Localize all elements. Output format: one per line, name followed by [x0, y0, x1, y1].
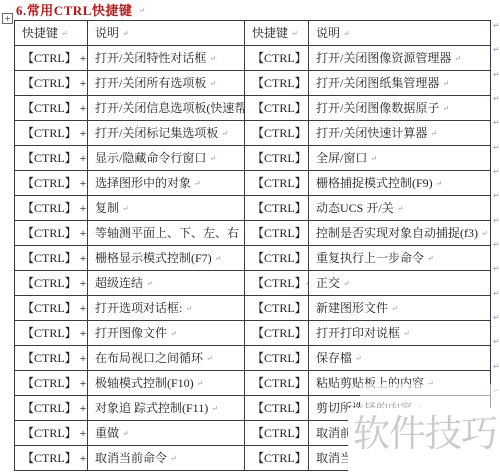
table-row: 【CTRL】 +5打开/关闭信息选项板(快速帮助)【CTRL】 +6打开/关闭图… — [15, 96, 491, 121]
key-cell: 【CTRL】 +B — [245, 171, 309, 196]
key-cell: 【CTRL】 +5 — [15, 96, 88, 121]
key-cell: 【CTRL】 +G — [15, 246, 88, 271]
page-title: 6.常用CTRL快捷键 — [16, 0, 146, 19]
key-cell: 【CTRL】 +X — [245, 396, 309, 421]
key-cell: 【CTRL】 +2 — [245, 46, 309, 71]
table-row: 【CTRL】 +O打开图像文件【CTRL】 +P打开打印对说框 — [15, 321, 491, 346]
table-row: 【CTRL】 +C复制【CTRL】 +D动态UCS 开/关 — [15, 196, 491, 221]
desc-cell: 打开/关闭图纸集管理器 — [309, 71, 491, 96]
desc-cell: 打开/关闭快速计算器 — [309, 121, 491, 146]
table-row: 【CTRL】 +E等轴测平面上、下、左、右【CTRL】 +F控制是否实现对象自动… — [15, 221, 491, 246]
desc-cell: 全屏/窗口 — [309, 146, 491, 171]
table-row: 【CTRL】 +7打开/关闭标记集选项板【CTRL】 +8打开/关闭快速计算器 — [15, 121, 491, 146]
desc-cell: 取消当前命令 — [88, 446, 245, 471]
row-end-mark: ↵ — [493, 215, 500, 239]
row-end-mark: ↵ — [493, 190, 500, 214]
desc-cell: 打开/关闭信息选项板(快速帮助) — [88, 96, 245, 121]
key-cell: 【CTRL】 +N — [245, 296, 309, 321]
row-end-mark: ↵ — [493, 336, 500, 360]
desc-cell: 重做 — [88, 421, 245, 446]
row-end-mark: ↵ — [493, 288, 500, 312]
table-row: 【CTRL】 +1打开/关闭特性对话框【CTRL】 +2打开/关闭图像资源管理器 — [15, 46, 491, 71]
desc-cell: 在布局视口之间循环 — [88, 346, 245, 371]
key-cell: 【CTRL】 +S — [245, 346, 309, 371]
header-key-left: 快捷键 — [15, 21, 88, 46]
desc-cell: 打开/关闭图像数据原子 — [309, 96, 491, 121]
desc-cell: 正交 — [309, 271, 491, 296]
key-cell: 【CTRL】 +1 — [15, 46, 88, 71]
row-end-mark: ↵ — [493, 20, 500, 44]
key-cell: 【CTRL】 +\ — [245, 446, 309, 471]
desc-cell: 动态UCS 开/关 — [309, 196, 491, 221]
key-cell: 【CTRL】 +O — [15, 321, 88, 346]
key-cell: 【CTRL】 +9 — [15, 146, 88, 171]
key-cell: 【CTRL】 +4 — [245, 71, 309, 96]
word-document-page: { "page": { "title": "6.常用CTRL快捷键", "wat… — [0, 0, 500, 473]
key-cell: 【CTRL】 +A — [15, 171, 88, 196]
desc-cell: 控制是否实现对象自动捕捉(f3) — [309, 221, 491, 246]
table-row: 【CTRL】 +G栅格显示模式控制(F7)【CTRL】 +J重复执行上一步命令 — [15, 246, 491, 271]
table-row: 【CTRL】 +M打开选项对话框:【CTRL】 +N新建图形文件 — [15, 296, 491, 321]
header-key-right: 快捷键 — [245, 21, 309, 46]
key-cell: 【CTRL】 +U — [15, 371, 88, 396]
key-cell: 【CTRL】 +K — [15, 271, 88, 296]
key-cell: 【CTRL】 +D — [245, 196, 309, 221]
watermark-fade-overlay — [360, 384, 500, 409]
desc-cell: 打开打印对说框 — [309, 321, 491, 346]
header-desc-right: 说明 — [309, 21, 491, 46]
row-end-mark: ↵ — [493, 263, 500, 287]
desc-cell: 等轴测平面上、下、左、右 — [88, 221, 245, 246]
key-cell: 【CTRL】 +v — [245, 371, 309, 396]
row-end-mark: ↵ — [493, 239, 500, 263]
desc-cell: 极轴模式控制(F10) — [88, 371, 245, 396]
key-cell: 【CTRL】 +M — [15, 296, 88, 321]
desc-cell: 对象追 踪式控制(F11) — [88, 396, 245, 421]
key-cell: 【CTRL】 +0 — [245, 146, 309, 171]
row-end-mark: ↵ — [493, 44, 500, 68]
row-end-mark: ↵ — [493, 117, 500, 141]
desc-cell: 打开/关闭特性对话框 — [88, 46, 245, 71]
desc-cell: 复制 — [88, 196, 245, 221]
desc-cell: 显示/隐藏命令行窗口 — [88, 146, 245, 171]
table-row: 【CTRL】 +R在布局视口之间循环【CTRL】 +S保存檔 — [15, 346, 491, 371]
desc-cell: 栅格显示模式控制(F7) — [88, 246, 245, 271]
desc-cell: 选择图形中的对象 — [88, 171, 245, 196]
desc-cell: 打开/关闭图像资源管理器 — [309, 46, 491, 71]
table-row: 【CTRL】 +A选择图形中的对象【CTRL】 +B栅格捕捉模式控制(F9) — [15, 171, 491, 196]
key-cell: 【CTRL】 +6 — [245, 96, 309, 121]
table-move-handle-icon[interactable]: + — [2, 13, 13, 24]
row-end-mark: ↵ — [493, 93, 500, 117]
key-cell: 【CTRL】 +J — [245, 246, 309, 271]
desc-cell: 打开图像文件 — [88, 321, 245, 346]
key-cell: 【CTRL】 +3 — [15, 71, 88, 96]
key-cell: 【CTRL】 +7 — [15, 121, 88, 146]
desc-cell: 新建图形文件 — [309, 296, 491, 321]
desc-cell: 打开/关闭标记集选项板 — [88, 121, 245, 146]
desc-cell: 打开/关闭所有选项板 — [88, 71, 245, 96]
key-cell: 【CTRL】 +Y — [15, 421, 88, 446]
key-cell: 【CTRL】 +R — [15, 346, 88, 371]
key-cell: 【CTRL】 +C — [15, 196, 88, 221]
table-row: 【CTRL】 +K超级连结【CTRL】+L正交 — [15, 271, 491, 296]
key-cell: 【CTRL】 +W — [15, 396, 88, 421]
row-end-mark: ↵ — [493, 69, 500, 93]
table-row: 【CTRL】 +3打开/关闭所有选项板【CTRL】 +4打开/关闭图纸集管理器 — [15, 71, 491, 96]
desc-cell: 重复执行上一步命令 — [309, 246, 491, 271]
row-end-mark: ↵ — [493, 142, 500, 166]
key-cell: 【CTRL】 +[ — [15, 446, 88, 471]
watermark-text: 软件技巧 — [353, 412, 497, 456]
key-cell: 【CTRL】 +8 — [245, 121, 309, 146]
key-cell: 【CTRL】 +P — [245, 321, 309, 346]
row-end-mark: ↵ — [493, 361, 500, 385]
key-cell: 【CTRL】 +F — [245, 221, 309, 246]
key-cell: 【CTRL】 +Z — [245, 421, 309, 446]
row-end-mark: ↵ — [493, 312, 500, 336]
desc-cell: 保存檔 — [309, 346, 491, 371]
desc-cell: 打开选项对话框: — [88, 296, 245, 321]
desc-cell: 栅格捕捉模式控制(F9) — [309, 171, 491, 196]
header-desc-left: 说明 — [88, 21, 245, 46]
key-cell: 【CTRL】 +E — [15, 221, 88, 246]
key-cell: 【CTRL】+L — [245, 271, 309, 296]
table-row: 【CTRL】 +9显示/隐藏命令行窗口【CTRL】 +0全屏/窗口 — [15, 146, 491, 171]
row-end-mark: ↵ — [493, 166, 500, 190]
desc-cell: 超级连结 — [88, 271, 245, 296]
header-row: 快捷键 说明 快捷键 说明 — [15, 21, 491, 46]
